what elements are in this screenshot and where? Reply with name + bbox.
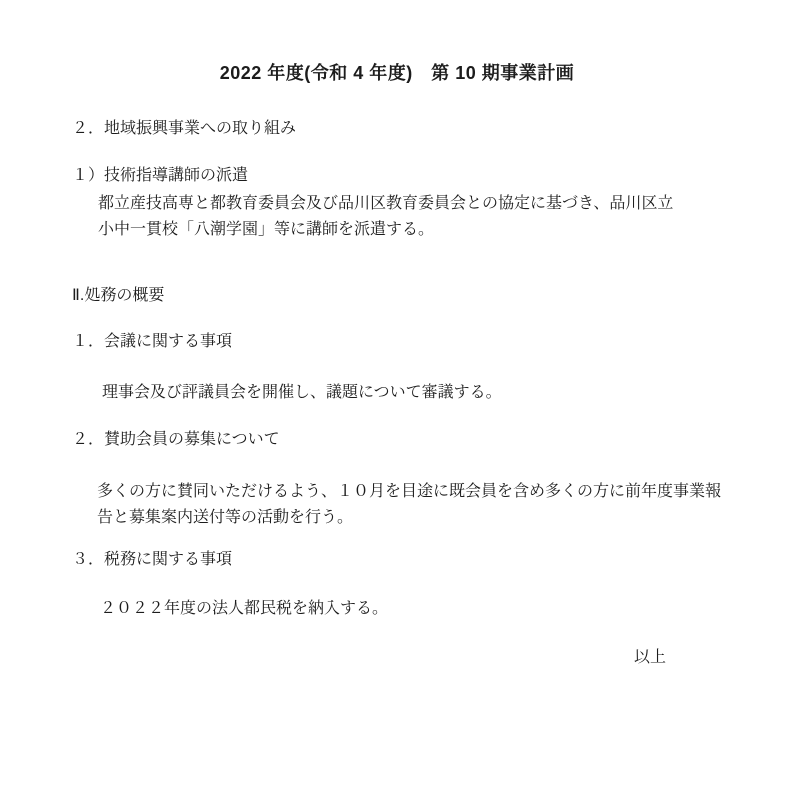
document-page: 2022 年度(令和 4 年度) 第 10 期事業計画 ２．地域振興事業への取り… [0, 0, 794, 800]
heading-supporting-members: ２．賛助会員の募集について [72, 431, 280, 449]
heading-tax-matters: ３．税務に関する事項 [72, 551, 232, 569]
heading-administration-overview: Ⅱ.処務の概要 [72, 287, 164, 305]
document-title: 2022 年度(令和 4 年度) 第 10 期事業計画 [0, 59, 794, 85]
subheading-instructor-dispatch: １）技術指導講師の派遣 [72, 167, 248, 185]
paragraph-instructor-dispatch-line2: 小中一貫校「八潮学園」等に講師を派遣する。 [98, 221, 434, 239]
heading-meetings: １．会議に関する事項 [72, 333, 232, 351]
paragraph-instructor-dispatch-line1: 都立産技高専と都教育委員会及び品川区教育委員会との協定に基づき、品川区立 [98, 195, 673, 213]
paragraph-supporting-members-line2: 告と募集案内送付等の活動を行う。 [97, 509, 353, 527]
closing-statement: 以上 [634, 649, 666, 667]
paragraph-supporting-members-line1: 多くの方に賛同いただけるよう、１０月を目途に既会員を含め多くの方に前年度事業報 [97, 483, 721, 501]
heading-regional-development: ２．地域振興事業への取り組み [72, 120, 296, 138]
paragraph-meetings: 理事会及び評議員会を開催し、議題について審議する。 [102, 384, 502, 402]
paragraph-tax-matters: ２０２２年度の法人都民税を納入する。 [100, 600, 388, 618]
